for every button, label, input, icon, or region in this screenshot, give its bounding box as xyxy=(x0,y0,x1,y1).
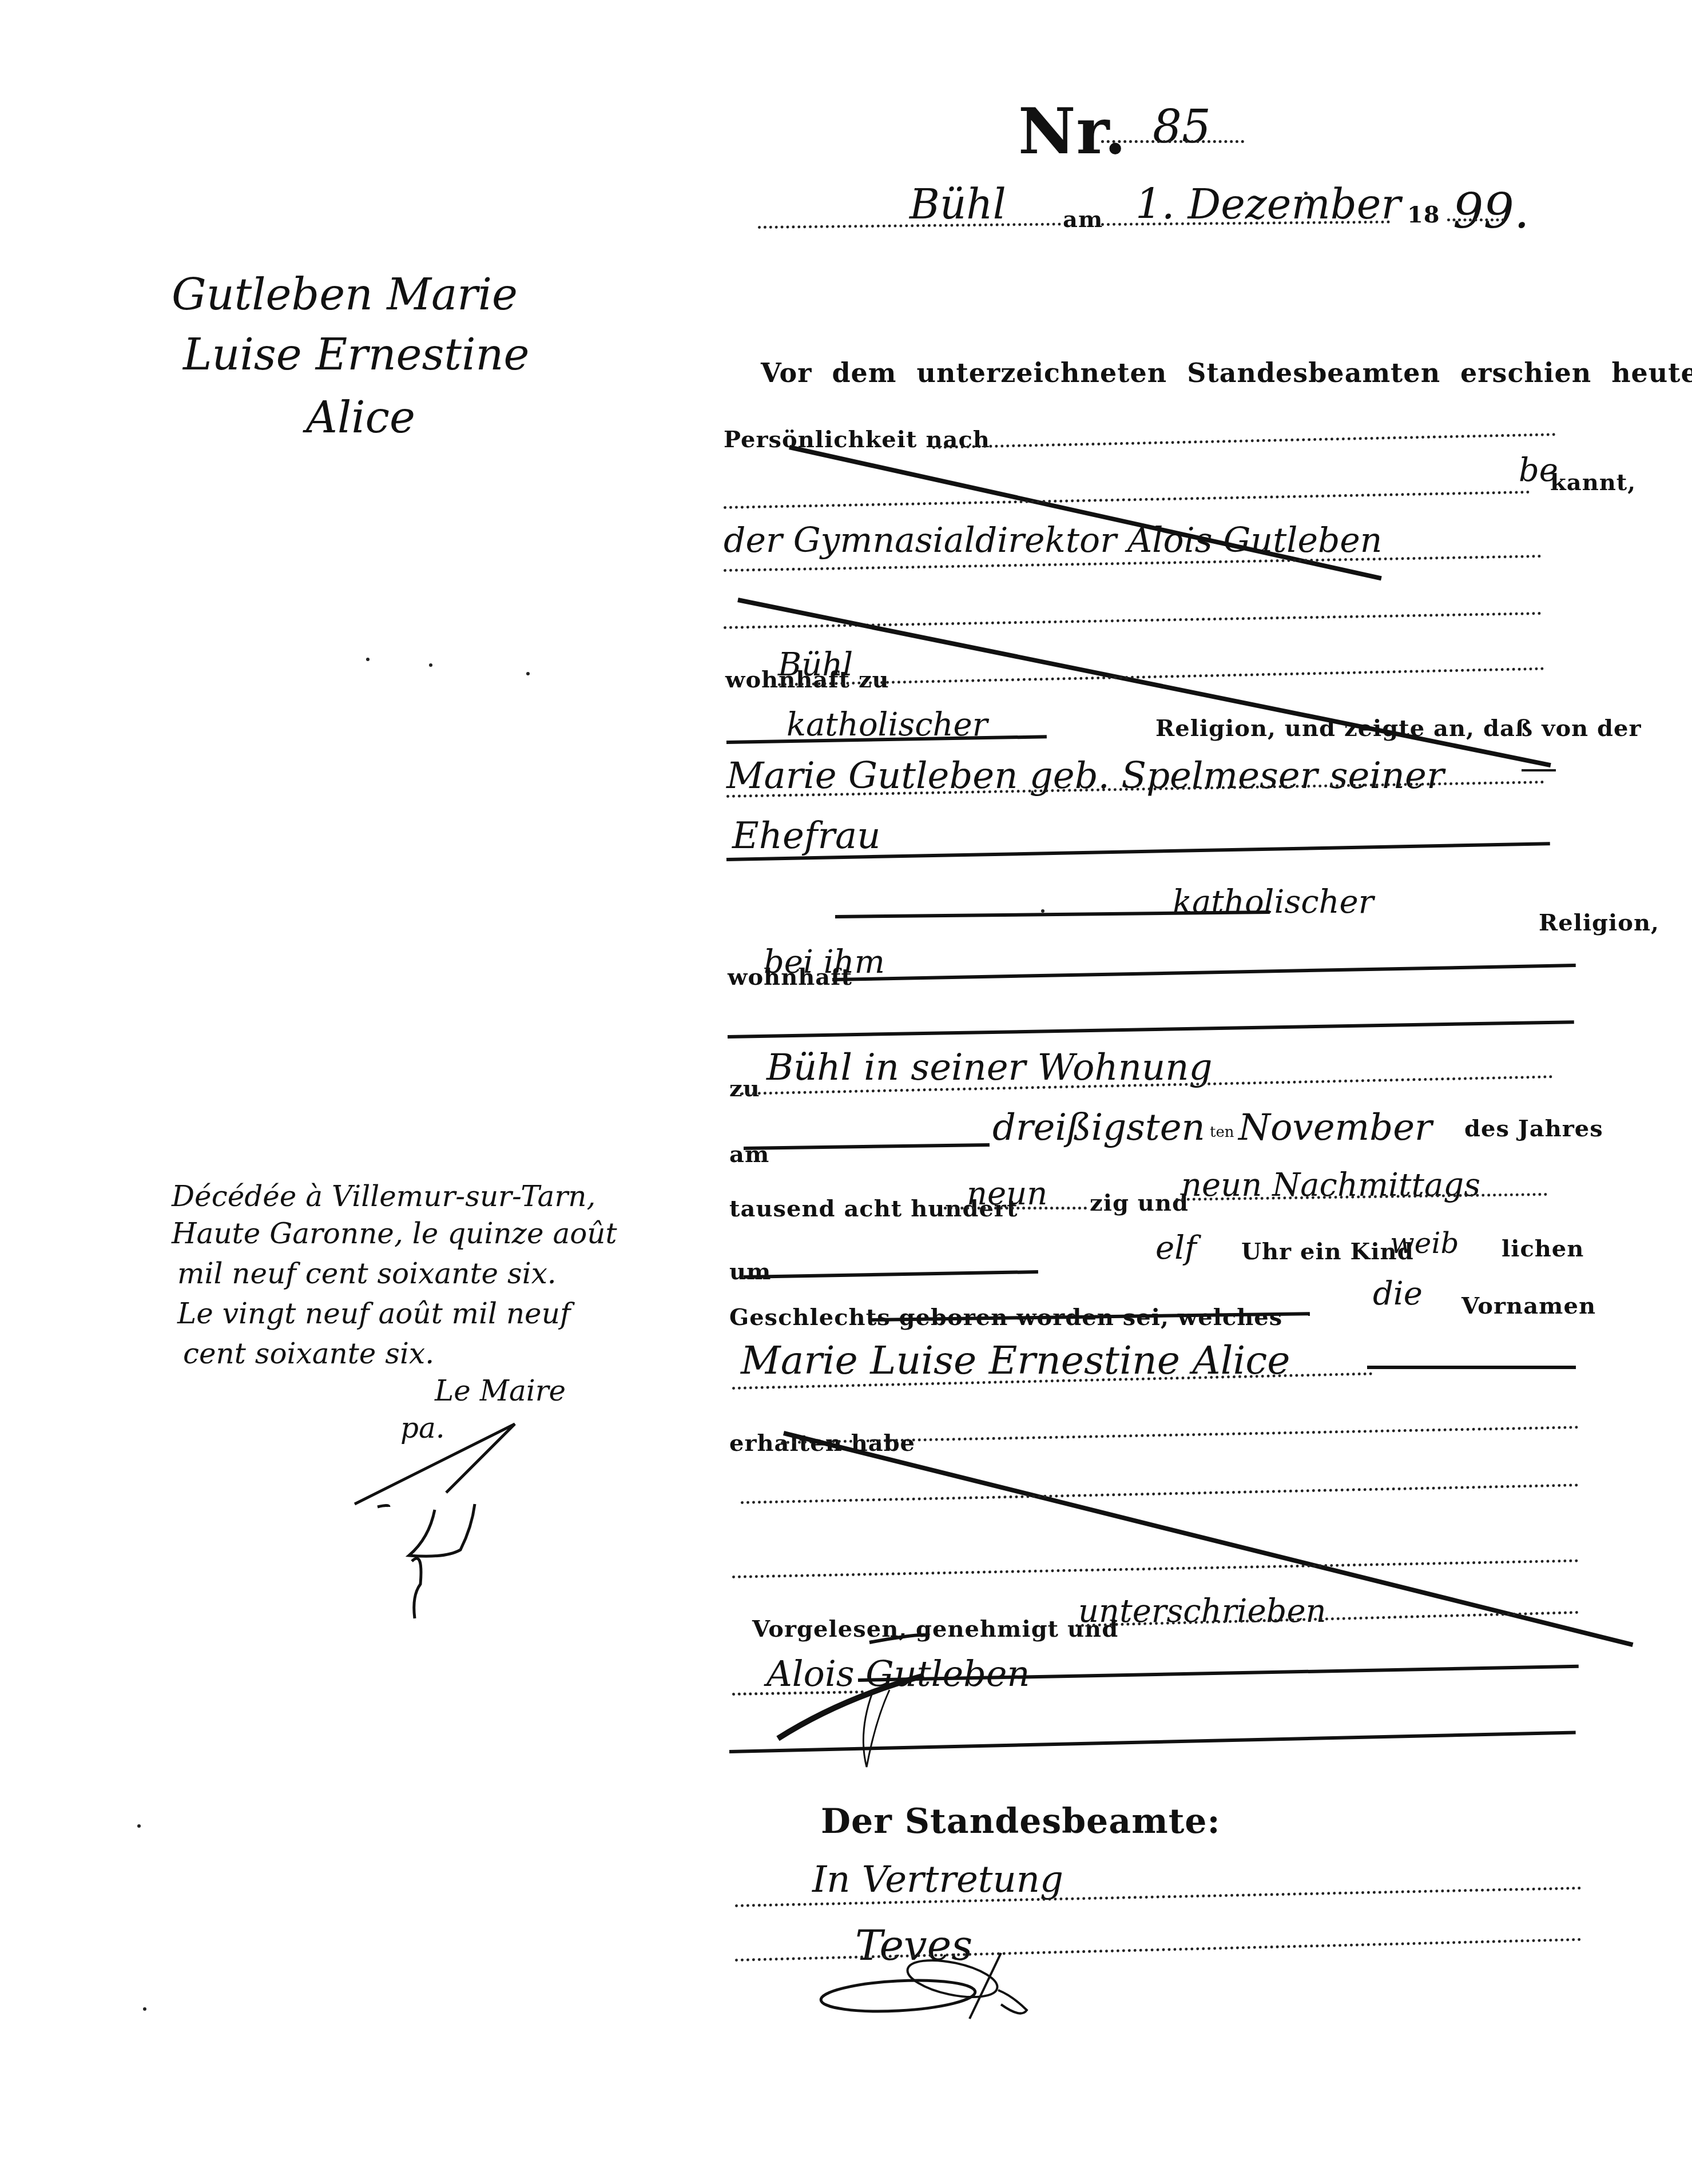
margin-name-line3: Alice xyxy=(306,392,415,443)
margin-name-line2: Luise Ernestine xyxy=(183,329,529,380)
child-names-line-end xyxy=(1367,1366,1576,1369)
scan-speck xyxy=(429,663,432,667)
am-label: am xyxy=(729,1141,769,1168)
document-page: Nr. 85 Bühl am 1. Dezember 18 99. Gutleb… xyxy=(0,0,1692,2184)
hour-value: elf xyxy=(1155,1230,1197,1267)
wohnhaft-zu-value: Bühl xyxy=(778,646,853,683)
mother-line-end xyxy=(1522,769,1556,771)
bekannt-line xyxy=(724,491,1530,509)
date-connector: am xyxy=(1063,206,1103,233)
mayor-signature xyxy=(343,1390,583,1630)
day-suffix: ten xyxy=(1210,1124,1234,1141)
wohnhaft-line2 xyxy=(728,1020,1574,1039)
die-value: die xyxy=(1373,1275,1423,1312)
scan-speck xyxy=(366,658,370,661)
scan-speck xyxy=(1304,192,1308,195)
margin-name-line1: Gutleben Marie xyxy=(172,269,518,320)
persoenlichkeit-label: Persönlichkeit nach xyxy=(724,426,990,453)
scan-speck xyxy=(1041,909,1044,913)
day-value: dreißigsten xyxy=(992,1107,1205,1149)
um-line xyxy=(744,1270,1038,1279)
scan-speck xyxy=(143,2007,146,2011)
wohnhaft-line xyxy=(832,964,1576,981)
bekannt-label: kannt, xyxy=(1550,469,1636,496)
vornamen-label: Vornamen xyxy=(1461,1292,1596,1319)
record-number-label: Nr. xyxy=(1018,94,1127,168)
um-label: um xyxy=(729,1258,771,1285)
declarant-flourish xyxy=(772,1630,944,1801)
registrar-flourish xyxy=(824,1956,1052,2042)
year-line xyxy=(1447,218,1504,221)
religion2-value: katholischer xyxy=(1173,884,1374,921)
registrar-line1-value: In Vertretung xyxy=(812,1859,1063,1901)
place-value: Bühl xyxy=(909,180,1006,228)
lichen-label: lichen xyxy=(1502,1235,1584,1262)
erhalten-line2 xyxy=(741,1483,1579,1504)
persoenlichkeit-line xyxy=(932,433,1556,449)
zig-und-label: zig und xyxy=(1090,1190,1189,1216)
declarant-value: der Gymnasialdirektor Alois Gutleben xyxy=(724,520,1383,560)
year-suffix: 99. xyxy=(1453,183,1530,239)
zu-label: zu xyxy=(729,1075,760,1102)
uhr-label: Uhr ein Kind xyxy=(1241,1238,1414,1265)
scan-speck xyxy=(137,1824,141,1828)
erhalten-line3 xyxy=(732,1560,1579,1578)
record-number-line xyxy=(1101,140,1244,143)
am-line xyxy=(744,1143,990,1150)
wohnhaft-value: bei ihm xyxy=(764,944,885,981)
decade-line xyxy=(944,1207,1087,1210)
year-prefix: 18 xyxy=(1407,201,1440,228)
zu-value: Bühl in seiner Wohnung xyxy=(766,1047,1212,1089)
mother-line2-value: Ehefrau xyxy=(732,815,880,857)
religion2-label: Religion, xyxy=(1539,909,1659,936)
religion1-label: Religion, und zeigte an, daß von der xyxy=(1155,715,1642,742)
record-number-value: 85 xyxy=(1153,100,1211,153)
scan-speck xyxy=(526,672,530,675)
des-jahres-label: des Jahres xyxy=(1464,1115,1603,1142)
sex-value: weib xyxy=(1390,1227,1459,1260)
month-value: November xyxy=(1238,1107,1432,1149)
registrar-title: Der Standesbeamte: xyxy=(821,1801,1221,1841)
death-note-line5: cent soixante six. xyxy=(183,1327,434,1381)
intro-text: Vor dem unterzeichneten Standesbeamten e… xyxy=(761,357,1692,388)
